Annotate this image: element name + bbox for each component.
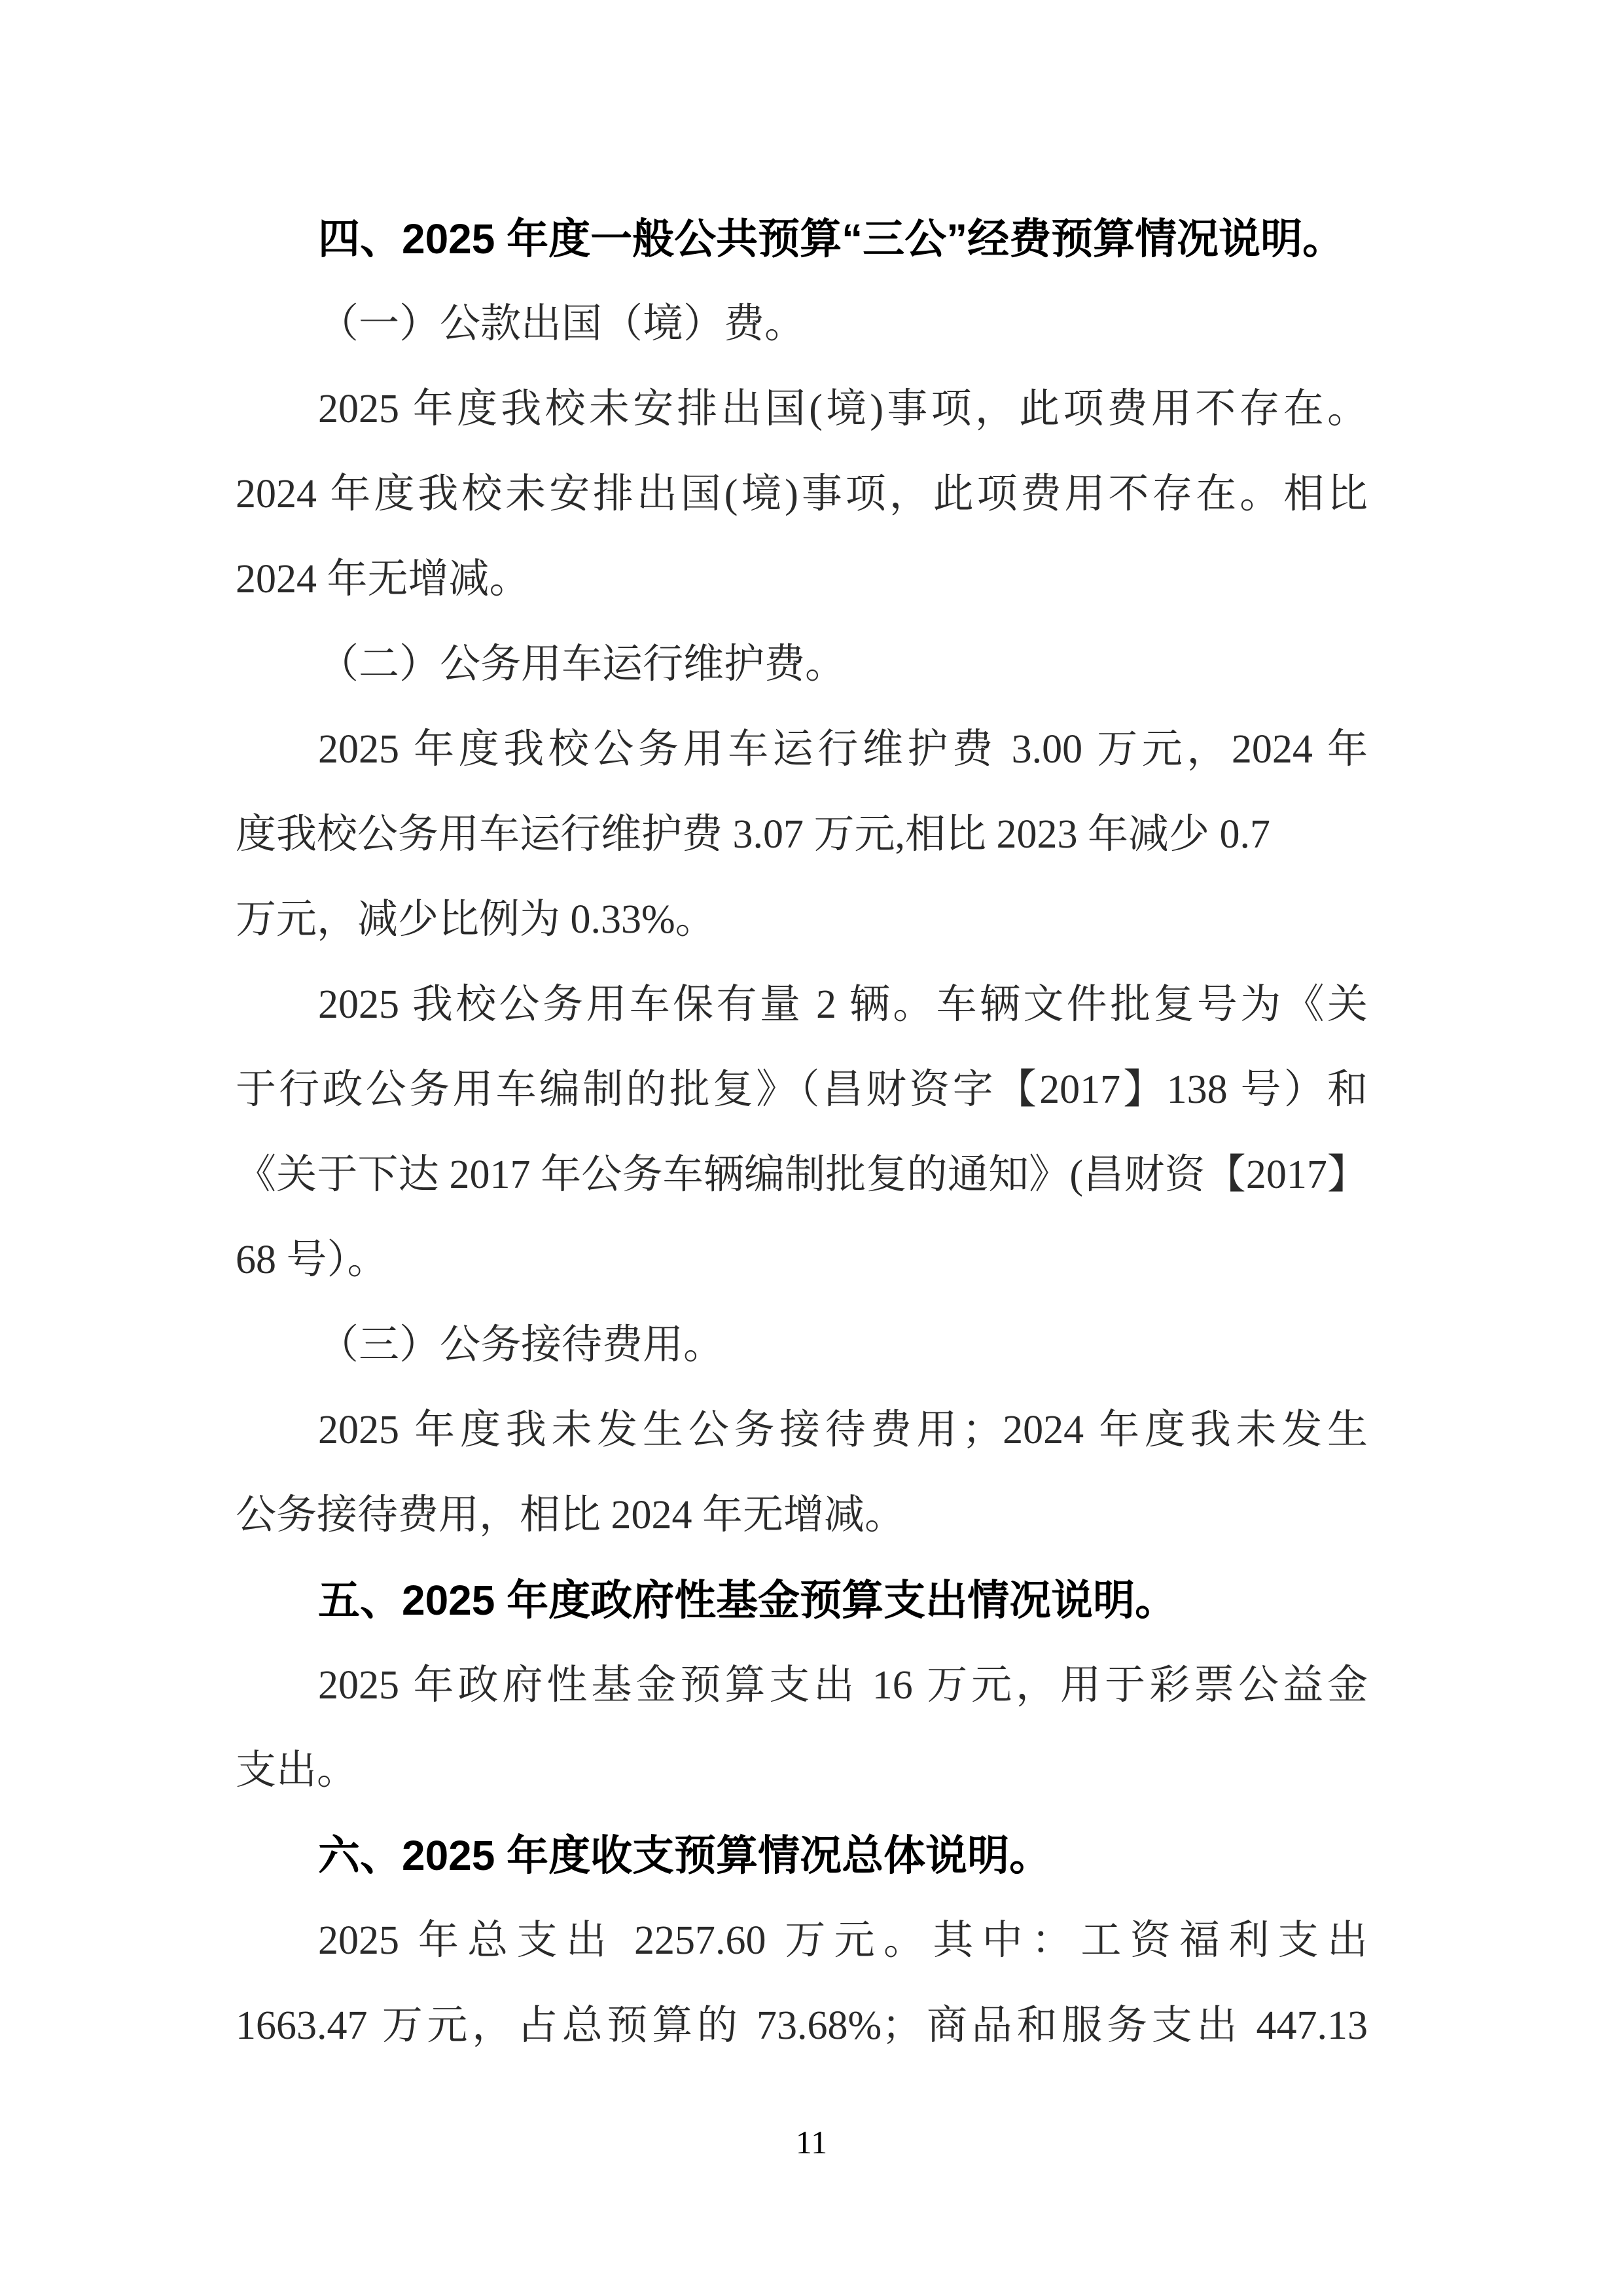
text-line: 万元，减少比例为 0.33%。 [236,877,1368,962]
section-heading-4: 四、2025 年度一般公共预算“三公”经费预算情况说明。 [236,196,1368,281]
subsection-heading-1: （一）公款出国（境）费。 [236,281,1368,367]
subsection-heading-2: （二）公务用车运行维护费。 [236,622,1368,707]
text-line: 度我校公务用车运行维护费 3.07 万元,相比 2023 年减少 0.7 [236,792,1368,877]
text-line: 2025 年度我未发生公务接待费用；2024 年度我未发生 [236,1388,1368,1473]
text-line: 2025 年政府性基金预算支出 16 万元，用于彩票公益金 [236,1643,1368,1728]
text-line: 2025 年总支出 2257.60 万元。其中：工资福利支出 [236,1898,1368,1983]
text-line: 2024 年无增减。 [236,537,1368,622]
page-number: 11 [0,2119,1623,2165]
document-page: 四、2025 年度一般公共预算“三公”经费预算情况说明。 （一）公款出国（境）费… [0,0,1623,2296]
text-line: 《关于下达 2017 年公务车辆编制批复的通知》(昌财资【2017】 [236,1132,1368,1217]
text-line: 于行政公务用车编制的批复》（昌财资字【2017】138 号）和 [236,1047,1368,1132]
text-line: 支出。 [236,1728,1368,1813]
text-line: 公务接待费用，相比 2024 年无增减。 [236,1473,1368,1558]
text-line: 68 号）。 [236,1217,1368,1302]
section-heading-5: 五、2025 年度政府性基金预算支出情况说明。 [236,1558,1368,1643]
subsection-heading-3: （三）公务接待费用。 [236,1302,1368,1388]
section-heading-6: 六、2025 年度收支预算情况总体说明。 [236,1813,1368,1898]
text-line: 1663.47 万元，占总预算的 73.68%；商品和服务支出 447.13 [236,1983,1368,2068]
text-line: 2025 我校公务用车保有量 2 辆。车辆文件批复号为《关 [236,962,1368,1047]
text-line: 2025 年度我校未安排出国(境)事项，此项费用不存在。 [236,367,1368,452]
text-line: 2024 年度我校未安排出国(境)事项，此项费用不存在。相比 [236,452,1368,537]
text-line: 2025 年度我校公务用车运行维护费 3.00 万元，2024 年 [236,707,1368,792]
document-body: 四、2025 年度一般公共预算“三公”经费预算情况说明。 （一）公款出国（境）费… [236,196,1368,2068]
